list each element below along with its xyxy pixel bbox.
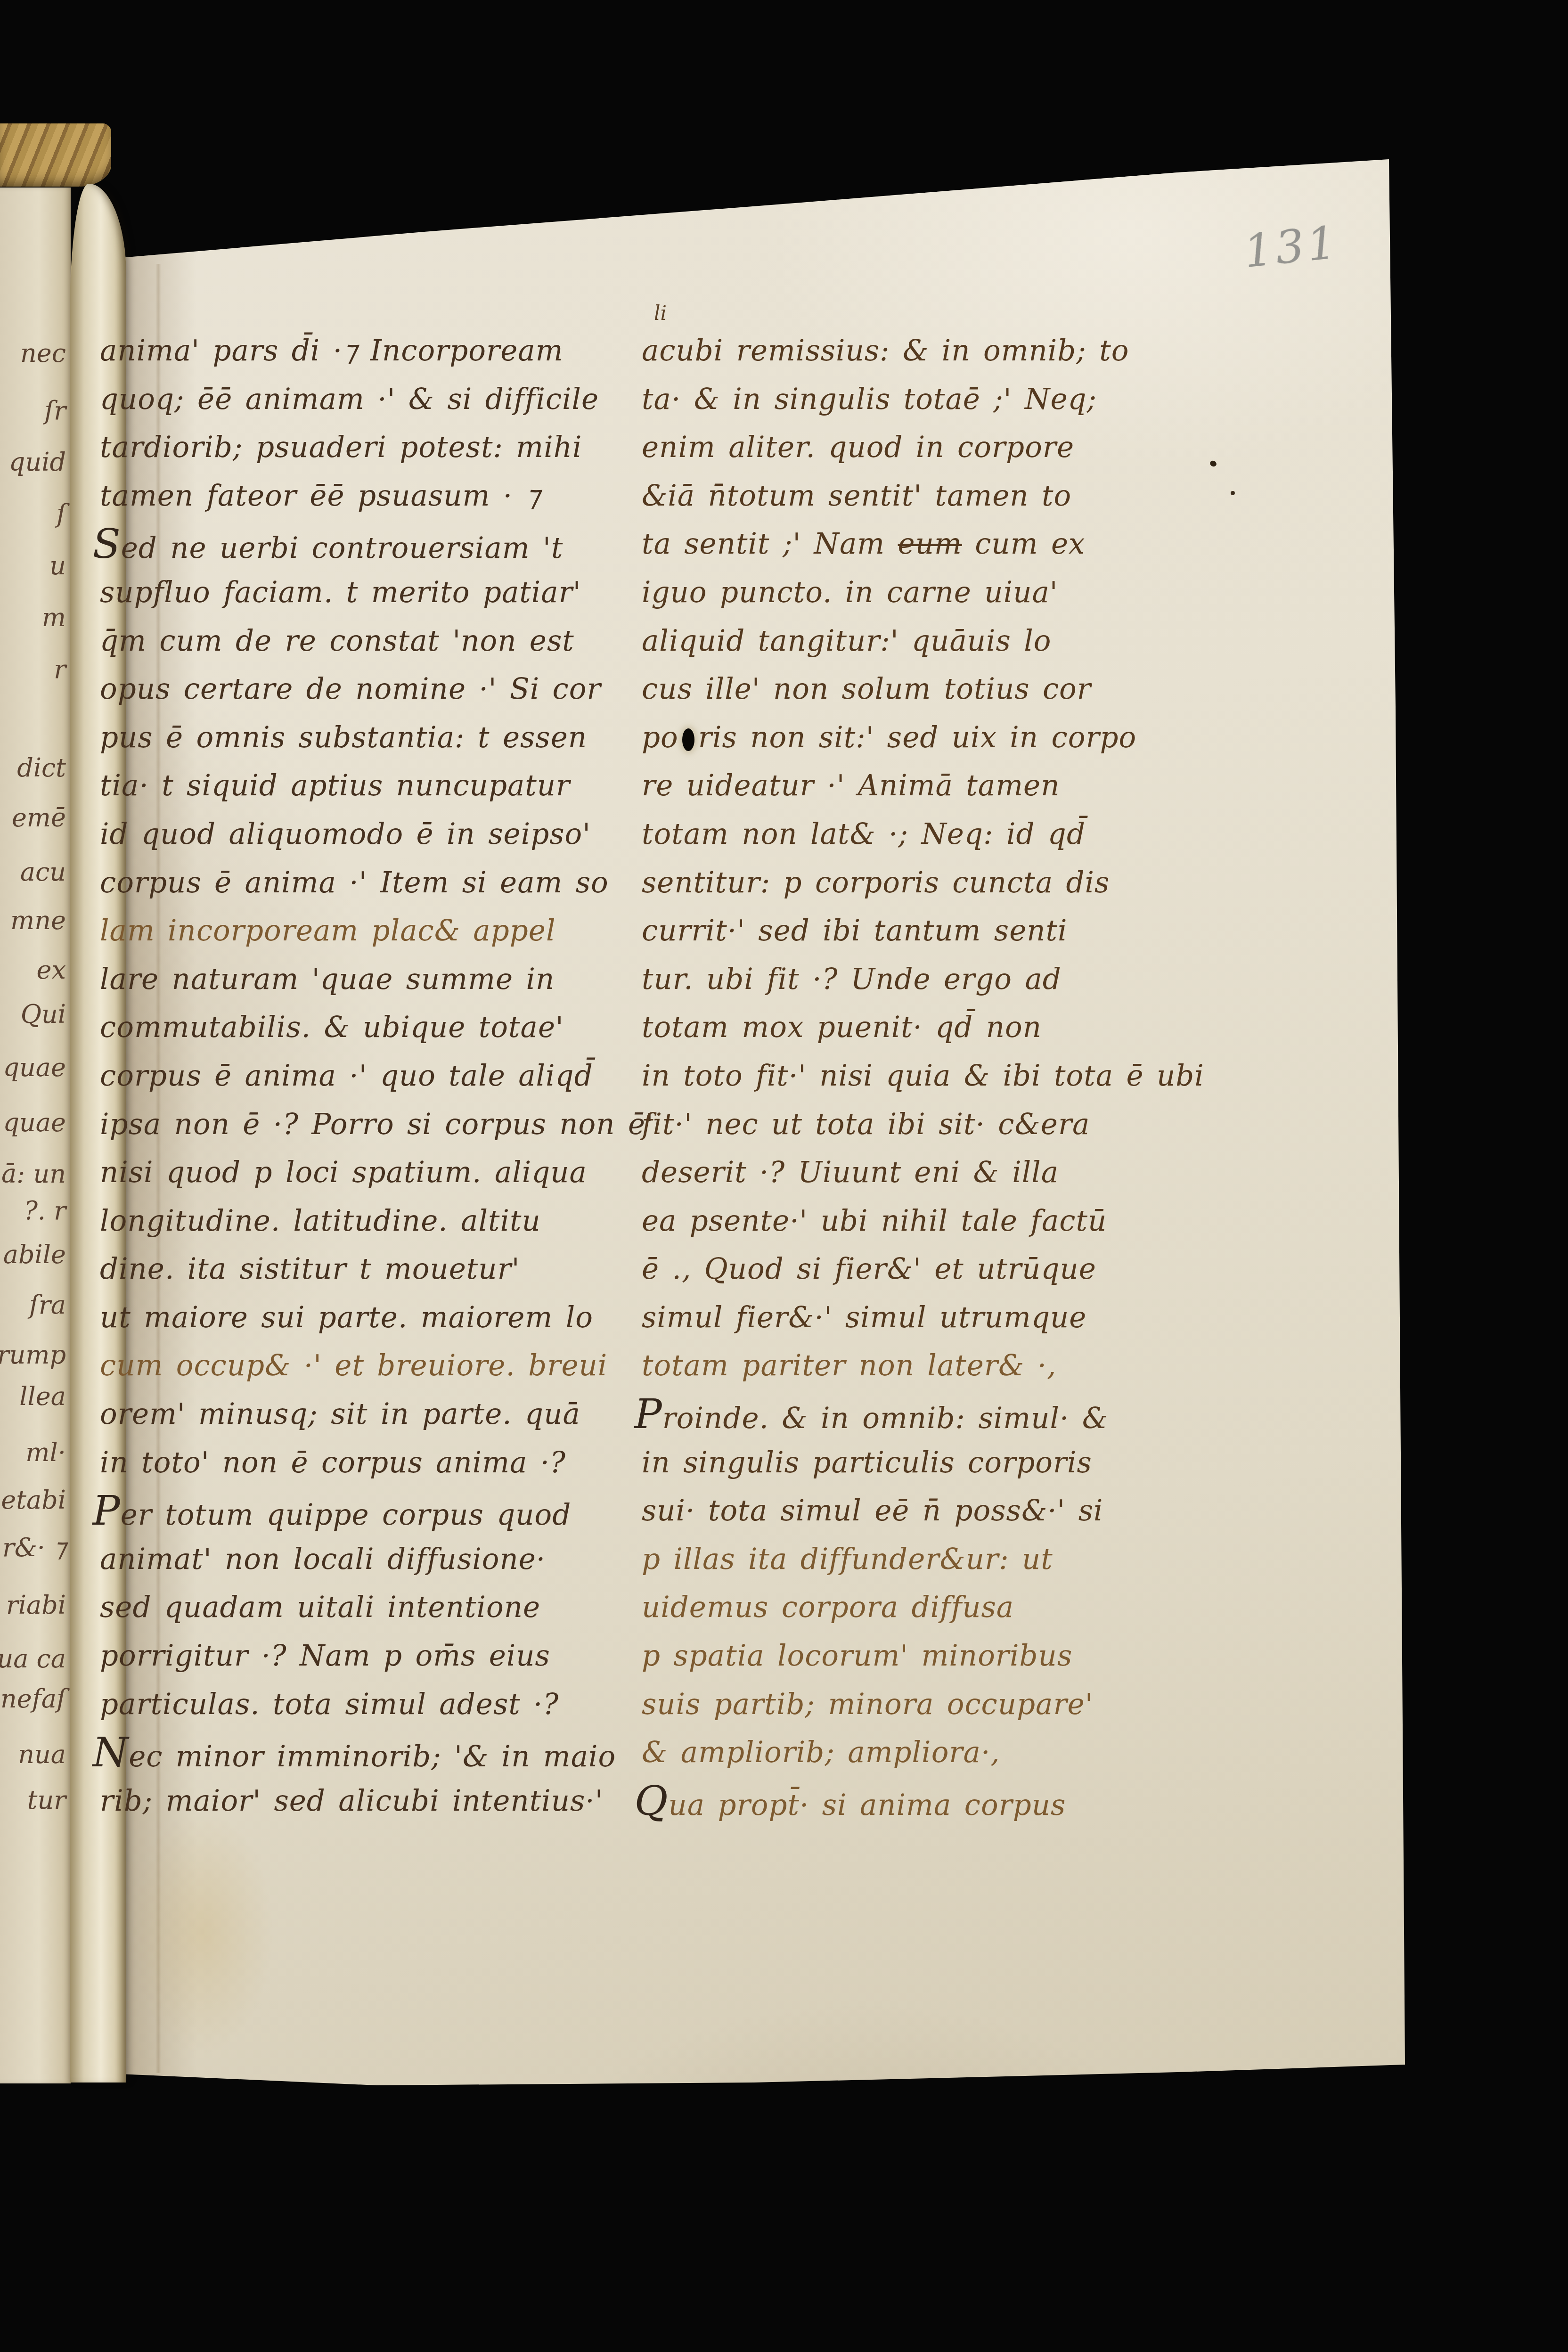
enlarged-initial: N [92, 1729, 129, 1776]
manuscript-line: &iā n̄totum sentit' tamen to [642, 472, 1254, 521]
manuscript-line: sentitur: p corporis cuncta dis [642, 859, 1254, 907]
facing-page-text-fragment: quae [3, 1053, 66, 1082]
manuscript-line: Sed ne uerbi controuersiam 't [100, 520, 646, 569]
facing-page-text-fragment: nua [18, 1739, 66, 1769]
manuscript-line: in toto' non ē corpus anima ·? [100, 1439, 646, 1487]
facing-page-text-fragment: quae [3, 1108, 66, 1137]
manuscript-line: dine. ita sistitur t mouetur' [100, 1245, 646, 1294]
manuscript-line: in singulis particulis corporis [642, 1439, 1254, 1487]
manuscript-line: p spatia locorum' minoribus [642, 1632, 1254, 1681]
manuscript-line: commutabilis. & ubique totae' [100, 1004, 646, 1052]
facing-page-text-fragment: mne [10, 906, 66, 935]
manuscript-line: aliquid tangitur:' quāuis lo [642, 617, 1254, 666]
manuscript-line: animat' non locali diffusione· [100, 1535, 646, 1584]
ink-speck [1231, 491, 1235, 495]
facing-page-edge: necſrquidſumrdictemēacumneexQuiquaequaeā… [0, 188, 71, 2083]
facing-page-text-fragment: ml· [25, 1437, 66, 1467]
manuscript-line: lam incorpoream plac& appel [100, 907, 646, 955]
facing-page-text-fragment: Qui [21, 999, 66, 1029]
manuscript-line: lare naturam 'quae summe in [100, 955, 646, 1004]
facing-page-text-fragment: quid [9, 447, 66, 477]
manuscript-line: corpus ē anima ·' Item si eam so [100, 859, 646, 907]
text-column-left: anima' pars d̄i ·⁊ Incorporeamquoq; ēē a… [100, 327, 646, 1825]
manuscript-line: supfluo faciam. t merito patiar' [100, 569, 646, 617]
folio-number: 131 [1241, 216, 1341, 278]
facing-page-text-fragment: riabi [6, 1590, 66, 1620]
manuscript-line: iguo puncto. in carne uiua' [642, 569, 1254, 617]
photo-background: necſrquidſumrdictemēacumneexQuiquaequaeā… [0, 0, 1568, 2352]
manuscript-line: sed quadam uitali intentione [100, 1584, 646, 1632]
facing-page-text-fragment: ſ [57, 499, 66, 529]
facing-page-text-fragment: llea [19, 1381, 66, 1411]
manuscript-line: nisi quod p loci spatium. aliqua [100, 1149, 646, 1197]
manuscript-line: pus ē omnis substantia: t essen [100, 714, 646, 762]
manuscript-line: totam pariter non later& ·, [642, 1342, 1254, 1390]
manuscript-line: particulas. tota simul adest ·? [100, 1681, 646, 1729]
manuscript-line: sui· tota simul eē n̄ poss&·' si [642, 1487, 1254, 1535]
enlarged-initial: P [634, 1391, 662, 1438]
manuscript-line: tia· t siquid aptius nuncupatur [100, 762, 646, 810]
manuscript-line: in toto fit·' nisi quia & ibi tota ē ubi [642, 1052, 1254, 1101]
manuscript-line: deserit ·? Uiuunt eni & illa [642, 1149, 1254, 1197]
manuscript-line: opus certare de nomine ·' Si cor [100, 665, 646, 714]
interlinear-correction: li [654, 302, 667, 325]
manuscript-line: acubi remissius: & in omnib; to [642, 327, 1254, 376]
manuscript-line: ea psente·' ubi nihil tale factū [642, 1197, 1254, 1246]
manuscript-line: cum occup& ·' et breuiore. breui [100, 1342, 646, 1390]
facing-page-text-fragment: ſr [44, 396, 66, 425]
manuscript-line: totam non lat& ·; Neq: id qd̄ [642, 810, 1254, 859]
manuscript-line: tur. ubi fit ·? Unde ergo ad [642, 955, 1254, 1004]
facing-page-text-fragment: ?. r [24, 1196, 66, 1225]
manuscript-line: rib; maior' sed alicubi intentius·' [100, 1777, 646, 1826]
facing-page-text-fragment: ā: un [1, 1159, 66, 1189]
manuscript-line: ta sentit ;' Nam eum cum ex [642, 520, 1254, 569]
facing-page-text-fragment: nefaſ [0, 1684, 66, 1714]
facing-page-text-fragment: rump [0, 1340, 66, 1370]
facing-page-text-fragment: etabi [1, 1485, 66, 1515]
manuscript-line: fit·' nec ut tota ibi sit· c&era [642, 1101, 1254, 1149]
manuscript-line: porrigitur ·? Nam p om̄s eius [100, 1632, 646, 1681]
manuscript-line: orem' minusq; sit in parte. quā [100, 1390, 646, 1439]
manuscript-line: simul fier&·' simul utrumque [642, 1294, 1254, 1342]
manuscript-line: totam mox puenit· qd̄ non [642, 1004, 1254, 1052]
facing-page-text-fragment: emē [12, 803, 66, 833]
manuscript-line: quoq; ēē animam ·' & si difficile [100, 376, 646, 424]
facing-page-text-fragment: tur [27, 1785, 66, 1815]
spine-headband [0, 123, 111, 187]
manuscript-line: Proinde. & in omnib: simul· & [642, 1390, 1254, 1439]
manuscript-line: & ampliorib; ampliora·, [642, 1729, 1254, 1777]
manuscript-line: ipsa non ē ·? Porro si corpus non ē' [100, 1101, 646, 1149]
manuscript-line: cus ille' non solum totius cor [642, 665, 1254, 714]
manuscript-line: Qua propt̄· si anima corpus [642, 1777, 1254, 1826]
manuscript-line: ta· & in singulis totaē ;' Neq; [642, 376, 1254, 424]
facing-page-text-fragment: nec [20, 338, 66, 368]
manuscript-line: corpus ē anima ·' quo tale aliqd̄ [100, 1052, 646, 1101]
manuscript-line: re uideatur ·' Animā tamen [642, 762, 1254, 810]
manuscript-line: Nec minor imminorib; '& in maio [100, 1729, 646, 1777]
parchment-hole-icon [682, 728, 694, 751]
facing-page-text-fragment: u [49, 551, 66, 580]
facing-page-text-fragment: dict [17, 753, 66, 783]
manuscript-line: p illas ita diffunder&ur: ut [642, 1535, 1254, 1584]
facing-page-text-fragment: m [42, 603, 66, 632]
manuscript-line: uidemus corpora diffusa [642, 1584, 1254, 1632]
manuscript-line: poris non sit:' sed uix in corpo [642, 714, 1254, 762]
manuscript-line: enim aliter. quod in corpore [642, 424, 1254, 472]
manuscript-line: q̄m cum de re constat 'non est [100, 617, 646, 666]
facing-page-text-fragment: ex [37, 955, 66, 985]
manuscript-line: longitudine. latitudine. altitu [100, 1197, 646, 1246]
facing-page-text-fragment: ſra [29, 1290, 66, 1320]
manuscript-line: suis partib; minora occupare' [642, 1681, 1254, 1729]
facing-page-text-fragment: acu [20, 857, 66, 887]
manuscript-line: ē ., Quod si fier&' et utrūque [642, 1245, 1254, 1294]
facing-page-text-fragment: r&· ⁊ [2, 1533, 66, 1562]
facing-page-text-fragment: ua ca [0, 1644, 66, 1674]
manuscript-line: ut maiore sui parte. maiorem lo [100, 1294, 646, 1342]
manuscript-line: tamen fateor ēē psuasum · ⁊ [100, 472, 646, 521]
manuscript-line: tardiorib; psuaderi potest: mihi [100, 424, 646, 472]
facing-page-text-fragment: r [54, 654, 66, 684]
manuscript-line: currit·' sed ibi tantum senti [642, 907, 1254, 955]
enlarged-initial: P [92, 1487, 120, 1535]
manuscript-line: anima' pars d̄i ·⁊ Incorpoream [100, 327, 646, 376]
manuscript-line: Per totum quippe corpus quod [100, 1487, 646, 1535]
enlarged-initial: S [92, 521, 121, 568]
facing-page-text-fragment: abile [3, 1240, 66, 1269]
text-column-right: acubi remissius: & in omnib; tota· & in … [642, 327, 1254, 1825]
enlarged-initial: Q [634, 1778, 668, 1825]
manuscript-line: id quod aliquomodo ē in seipso' [100, 810, 646, 859]
parchment-stain [132, 1809, 273, 2054]
struck-word: eum [898, 527, 962, 561]
